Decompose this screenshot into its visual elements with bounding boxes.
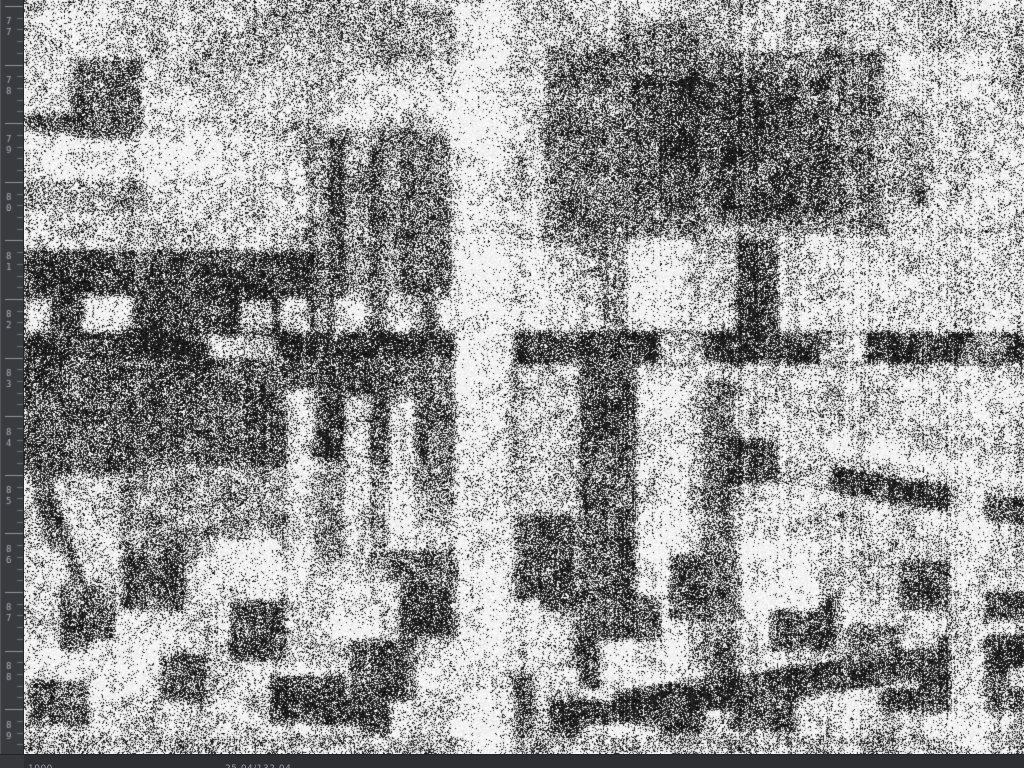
vertical-ruler[interactable] — [0, 0, 24, 754]
status-bar: 1000 25.04/132.04 — [0, 754, 1024, 768]
image-canvas[interactable] — [24, 0, 1024, 754]
statusbar-corner — [0, 755, 24, 768]
status-left-text: 1000 — [28, 764, 53, 768]
status-center-text: 25.04/132.04 — [225, 764, 291, 768]
app-window: 1000 25.04/132.04 — [0, 0, 1024, 768]
